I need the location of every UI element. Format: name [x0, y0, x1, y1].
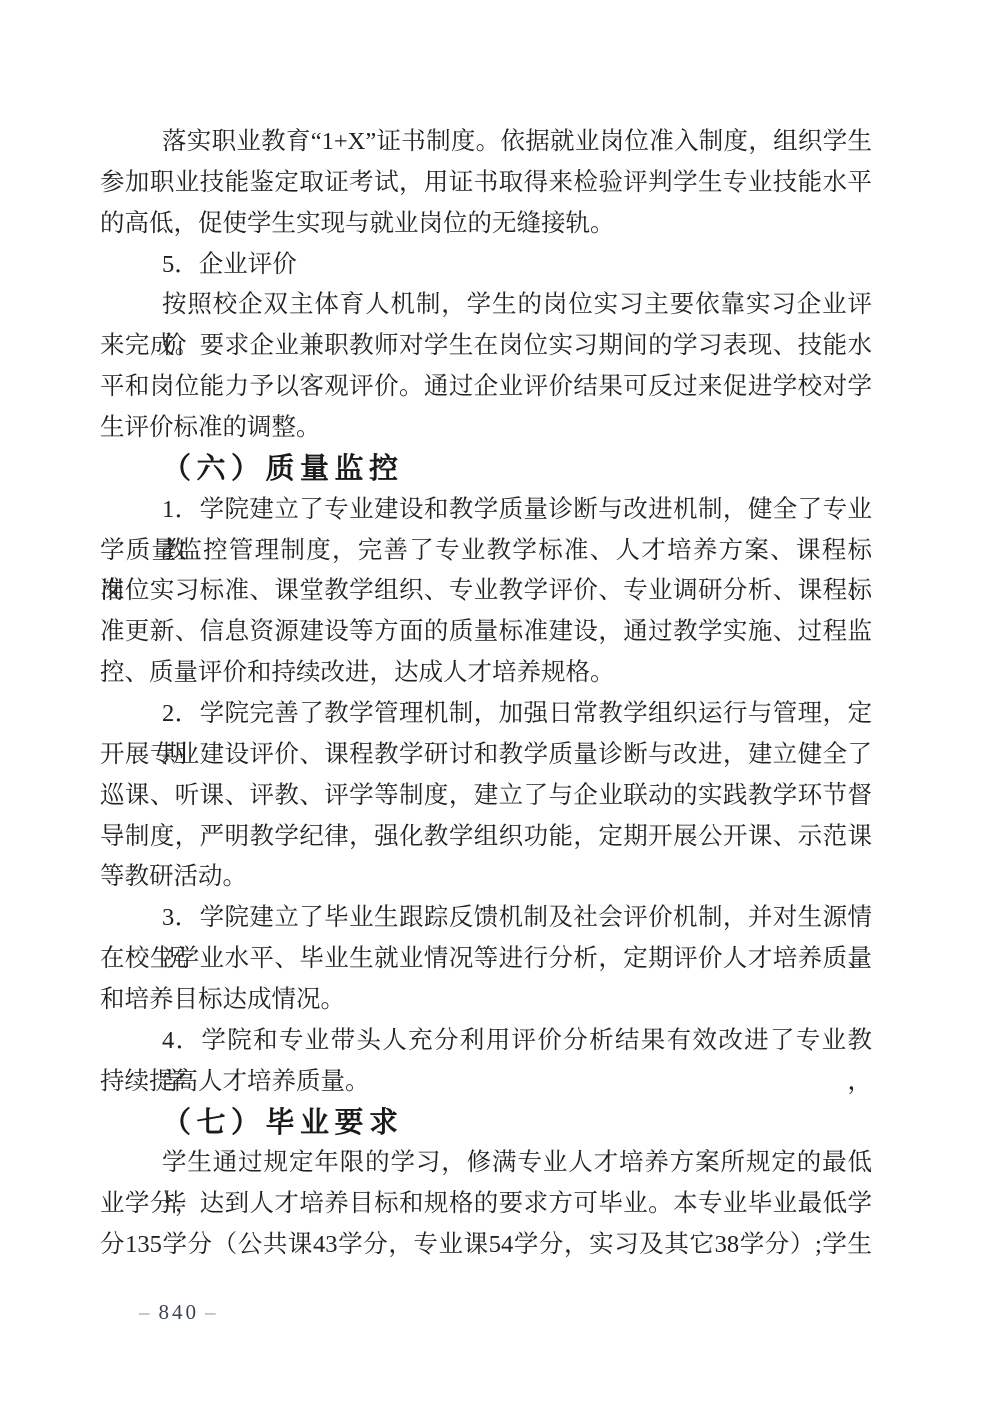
text-line: 4．学院和专业带头人充分利用评价分析结果有效改进了专业教学， — [100, 1021, 872, 1062]
text-line: 学生通过规定年限的学习，修满专业人才培养方案所规定的最低毕 — [100, 1143, 872, 1184]
text-line: 1．学院建立了专业建设和教学质量诊断与改进机制，健全了专业教 — [100, 490, 872, 531]
text-line: 落实职业教育“1+X”证书制度。依据就业岗位准入制度，组织学生 — [100, 122, 872, 163]
text-line: 平和岗位能力予以客观评价。通过企业评价结果可反过来促进学校对学 — [100, 367, 872, 408]
text-line: 来完成。要求企业兼职教师对学生在岗位实习期间的学习表现、技能水 — [100, 326, 872, 367]
text-line: 业学分，达到人才培养目标和规格的要求方可毕业。本专业毕业最低学 — [100, 1184, 872, 1225]
text-line: 岗位实习标准、课堂教学组织、专业教学评价、专业调研分析、课程标 — [100, 571, 872, 612]
text-line: 巡课、听课、评教、评学等制度，建立了与企业联动的实践教学环节督 — [100, 776, 872, 817]
text-line: 和培养目标达成情况。 — [100, 980, 872, 1021]
text-line: 开展专业建设评价、课程教学研讨和教学质量诊断与改进，建立健全了 — [100, 735, 872, 776]
text-line: 3．学院建立了毕业生跟踪反馈机制及社会评价机制，并对生源情况、 — [100, 898, 872, 939]
text-line: 等教研活动。 — [100, 857, 872, 898]
text-line: 按照校企双主体育人机制，学生的岗位实习主要依靠实习企业评价 — [100, 285, 872, 326]
text-line: 参加职业技能鉴定取证考试，用证书取得来检验评判学生专业技能水平 — [100, 163, 872, 204]
page-footer: –840– — [139, 1300, 219, 1324]
text-line: 导制度，严明教学纪律，强化教学组织功能，定期开展公开课、示范课 — [100, 817, 872, 858]
section-heading-six-quality-monitoring: （六）质量监控 — [100, 449, 872, 490]
text-line: 准更新、信息资源建设等方面的质量标准建设，通过教学实施、过程监 — [100, 612, 872, 653]
text-line: 分135学分（公共课43学分，专业课54学分，实习及其它38学分）;学生 — [100, 1225, 872, 1266]
section-heading-seven-graduation-requirements: （七）毕业要求 — [100, 1103, 872, 1144]
text-line: 的高低，促使学生实现与就业岗位的无缝接轨。 — [100, 204, 872, 245]
text-line: 学质量监控管理制度，完善了专业教学标准、人才培养方案、课程标准、 — [100, 531, 872, 572]
text-line: 控、质量评价和持续改进，达成人才培养规格。 — [100, 653, 872, 694]
list-item-5-heading: 5．企业评价 — [100, 245, 872, 286]
text-line: 2．学院完善了教学管理机制，加强日常教学组织运行与管理，定期 — [100, 694, 872, 735]
footer-right-dash: – — [205, 1300, 219, 1324]
document-page: 落实职业教育“1+X”证书制度。依据就业岗位准入制度，组织学生 参加职业技能鉴定… — [0, 0, 1000, 1414]
footer-left-dash: – — [139, 1300, 153, 1324]
text-block: 落实职业教育“1+X”证书制度。依据就业岗位准入制度，组织学生 参加职业技能鉴定… — [100, 122, 872, 1266]
text-line: 在校生学业水平、毕业生就业情况等进行分析，定期评价人才培养质量 — [100, 939, 872, 980]
text-line: 生评价标准的调整。 — [100, 408, 872, 449]
page-number: 840 — [153, 1300, 206, 1324]
